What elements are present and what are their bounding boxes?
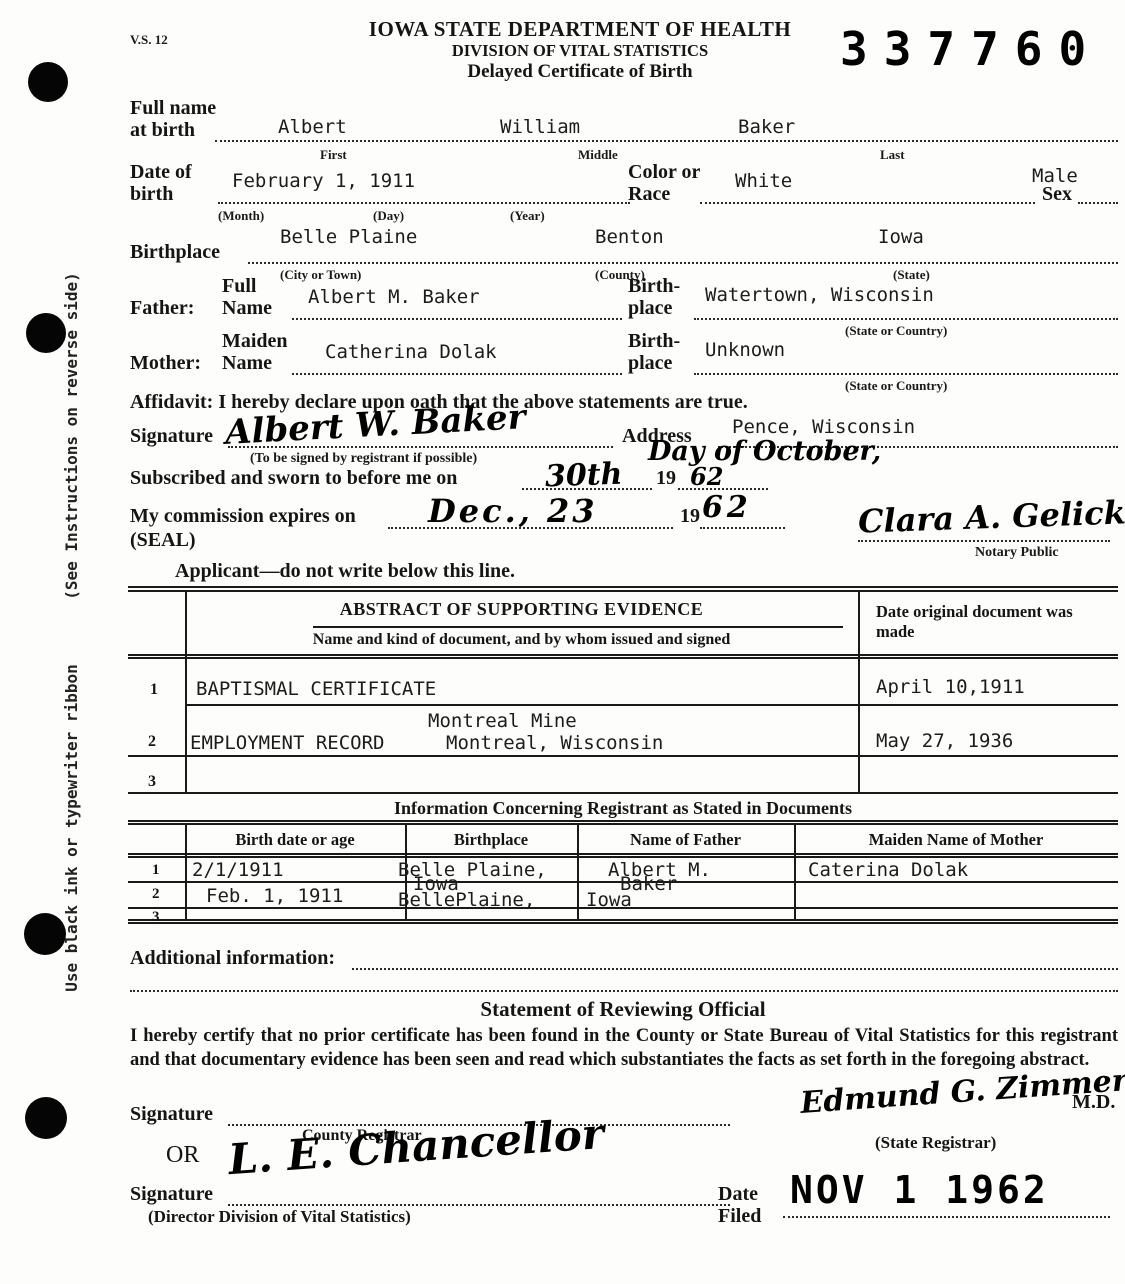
date-filed-label-2: Filed <box>718 1206 761 1227</box>
punch-hole <box>24 913 66 955</box>
notary-caption: Notary Public <box>975 545 1059 561</box>
race-line <box>700 202 1035 204</box>
father-birthplace-value: Watertown, Wisconsin <box>705 284 934 306</box>
state-registrar-caption: (State Registrar) <box>875 1134 996 1152</box>
evidence-title-underline <box>313 626 843 628</box>
margin-note-see-instructions: (See Instructions on reverse side) <box>62 250 81 622</box>
handwritten-commission-date: Dec., 23 <box>428 492 598 530</box>
caption-state: (State) <box>893 267 930 283</box>
registrant-r1-birthdate: 2/1/1911 <box>192 859 284 881</box>
full-name-line <box>215 140 1118 142</box>
sex-label: Sex <box>1042 184 1072 205</box>
registrant-row-num: 1 <box>152 863 160 879</box>
handwritten-commission-year: 62 <box>702 490 752 525</box>
father-name-line <box>292 318 622 320</box>
first-name-value: Albert <box>278 116 347 138</box>
birthplace-city: Belle Plaine <box>280 226 417 248</box>
caption-middle: Middle <box>578 147 618 163</box>
commission-year-line <box>700 527 785 529</box>
registrant-row-num: 3 <box>152 910 160 926</box>
header-title: Delayed Certificate of Birth <box>300 62 860 82</box>
evidence-header-rule <box>128 654 1118 659</box>
registrant-row-num: 2 <box>152 887 160 903</box>
registrant-r1-mother: Caterina Dolak <box>808 859 968 881</box>
dob-value: February 1, 1911 <box>232 170 415 192</box>
father-bp-caption: (State or Country) <box>845 323 947 339</box>
additional-info-label: Additional information: <box>130 948 335 969</box>
punch-hole <box>28 62 68 102</box>
certificate-number-stamp: 337760 <box>840 22 1102 76</box>
date-filed-stamp: NOV 1 1962 <box>790 1168 1049 1212</box>
mother-bp-caption: (State or Country) <box>845 378 947 394</box>
evidence-row-doc: BAPTISMAL CERTIFICATE <box>196 678 436 700</box>
mother-sub-2: Name <box>222 353 272 374</box>
caption-day: (Day) <box>373 208 404 224</box>
md-suffix: M.D. <box>1072 1092 1115 1113</box>
punch-hole <box>26 313 66 353</box>
signature-label: Signature <box>130 426 213 447</box>
father-bp-label-2: place <box>628 298 672 319</box>
address-value: Pence, Wisconsin <box>732 416 915 438</box>
birthplace-state: Iowa <box>878 226 924 248</box>
sworn-text: Subscribed and sworn to before me on <box>130 468 457 489</box>
info-heading: Information Concerning Registrant as Sta… <box>128 799 1118 818</box>
caption-month: (Month) <box>218 208 264 224</box>
notary-signature: Clara A. Gelick <box>857 493 1125 540</box>
dob-line <box>218 202 630 204</box>
form-code: V.S. 12 <box>130 32 168 48</box>
header-department: IOWA STATE DEPARTMENT OF HEALTH <box>300 18 860 40</box>
caption-first: First <box>320 147 347 163</box>
handwritten-sworn-day: 30th <box>544 457 623 495</box>
signature2-label: Signature <box>130 1184 213 1205</box>
mother-name-value: Catherina Dolak <box>325 341 497 363</box>
mother-bp-label-1: Birth- <box>628 331 680 352</box>
full-name-label-1: Full name <box>130 98 216 119</box>
signature2-caption: (Director Division of Vital Statistics) <box>148 1208 411 1226</box>
evidence-date-header: Date original document was made <box>876 602 1106 642</box>
county-registrar-signature: L. E. Chancellor <box>227 1109 606 1184</box>
full-name-label-2: at birth <box>130 120 195 141</box>
delayed-birth-certificate-document: (See Instructions on reverse side) Use b… <box>0 0 1125 1284</box>
evidence-row-date: May 27, 1936 <box>876 730 1013 752</box>
registrant-col-birthdate: Birth date or age <box>185 831 405 848</box>
signature1-label: Signature <box>130 1104 213 1125</box>
father-bp-line <box>694 318 1118 320</box>
father-name-value: Albert M. Baker <box>308 286 480 308</box>
commission-year-prefix: 19 <box>680 506 700 527</box>
race-label-1: Color or <box>628 162 700 183</box>
punch-hole <box>25 1097 67 1139</box>
registrant-row-rule <box>128 907 1118 909</box>
evidence-row-num: 1 <box>150 682 158 699</box>
sex-line <box>1078 202 1118 204</box>
mother-bp-label-2: place <box>628 353 672 374</box>
registrant-col-father: Name of Father <box>577 831 794 848</box>
registrant-col-mother: Maiden Name of Mother <box>794 831 1118 848</box>
evidence-table-subtitle: Name and kind of document, and by whom i… <box>185 632 858 649</box>
additional-info-line-2 <box>130 990 1118 992</box>
father-bp-label-1: Birth- <box>628 276 680 297</box>
registrant-header-rule <box>128 853 1118 858</box>
race-value: White <box>735 170 792 192</box>
evidence-row-date: April 10,1911 <box>876 676 1025 698</box>
evidence-row-rule <box>128 755 1118 757</box>
sworn-year-prefix: 19 <box>656 468 676 489</box>
middle-name-value: William <box>500 116 580 138</box>
birthplace-county: Benton <box>595 226 664 248</box>
notary-line <box>858 540 1110 542</box>
father-sub-2: Name <box>222 298 272 319</box>
signature-caption: (To be signed by registrant if possible) <box>250 451 477 467</box>
seal-label: (SEAL) <box>130 530 196 551</box>
evidence-row-doc: EMPLOYMENT RECORD <box>190 732 384 754</box>
birthplace-label: Birthplace <box>130 242 220 263</box>
mother-label: Mother: <box>130 353 201 374</box>
signature2-line <box>228 1204 730 1206</box>
signature-line <box>228 446 613 448</box>
dob-label-1: Date of <box>130 162 192 183</box>
handwritten-day-of-october: Day of October, <box>648 436 881 467</box>
last-name-value: Baker <box>738 116 795 138</box>
margin-note-use-black-ink: Use black ink or typewriter ribbon <box>62 642 81 1014</box>
date-filed-label-1: Date <box>718 1184 758 1205</box>
evidence-row-issuer-2: Montreal, Wisconsin <box>446 732 663 754</box>
evidence-table-vline <box>858 592 860 792</box>
birthplace-line <box>248 262 1118 264</box>
father-sub-1: Full <box>222 276 256 297</box>
evidence-row-issuer-1: Montreal Mine <box>428 710 577 732</box>
applicant-note: Applicant—do not write below this line. <box>175 561 515 582</box>
mother-bp-line <box>694 373 1118 375</box>
sex-value: Male <box>1032 165 1078 187</box>
mother-birthplace-value: Unknown <box>705 339 785 361</box>
caption-last: Last <box>880 147 905 163</box>
commission-text: My commission expires on <box>130 506 356 527</box>
additional-info-line-1 <box>352 968 1118 970</box>
header-division: DIVISION OF VITAL STATISTICS <box>300 42 860 59</box>
evidence-table-vline <box>185 592 187 792</box>
registrant-r2-birthdate: Feb. 1, 1911 <box>206 885 343 907</box>
caption-city: (City or Town) <box>280 267 361 283</box>
handwritten-sworn-year: 62 <box>690 462 723 491</box>
evidence-row-num: 2 <box>148 734 156 751</box>
evidence-table: ABSTRACT OF SUPPORTING EVIDENCE Name and… <box>128 586 1118 794</box>
or-label: OR <box>166 1143 199 1168</box>
mother-name-line <box>292 373 622 375</box>
dob-label-2: birth <box>130 184 173 205</box>
race-label-2: Race <box>628 184 670 205</box>
evidence-row-rule <box>185 704 1118 706</box>
evidence-table-title: ABSTRACT OF SUPPORTING EVIDENCE <box>185 600 858 619</box>
reviewing-body: I hereby certify that no prior certifica… <box>130 1024 1118 1073</box>
registrant-table: Birth date or age Birthplace Name of Fat… <box>128 820 1118 924</box>
caption-year: (Year) <box>510 208 545 224</box>
reviewing-title: Statement of Reviewing Official <box>128 998 1118 1020</box>
father-label: Father: <box>130 298 194 319</box>
mother-sub-1: Maiden <box>222 331 288 352</box>
evidence-row-num: 3 <box>148 774 156 791</box>
registrant-col-birthplace: Birthplace <box>405 831 577 848</box>
date-filed-line <box>783 1216 1110 1218</box>
